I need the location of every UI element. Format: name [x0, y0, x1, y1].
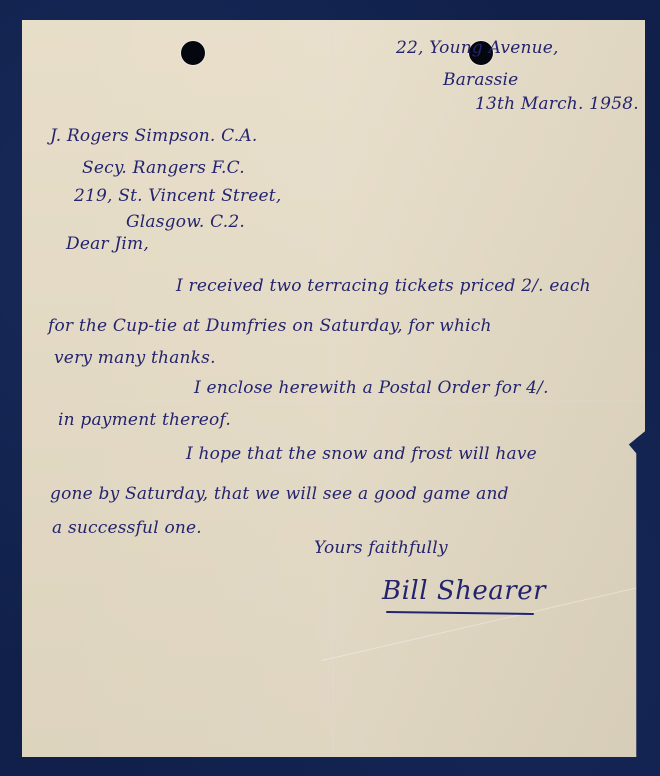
horizontal-fold-line: [22, 400, 645, 402]
closing: Yours faithfully: [314, 540, 448, 557]
punch-hole-icon: [181, 41, 205, 65]
body-line: a successful one.: [52, 520, 202, 537]
recipient-title: Secy. Rangers F.C.: [82, 160, 245, 177]
body-line: I hope that the snow and frost will have: [186, 446, 537, 463]
body-line: gone by Saturday, that we will see a goo…: [50, 486, 509, 503]
body-line: very many thanks.: [54, 350, 216, 367]
recipient-name: J. Rogers Simpson. C.A.: [50, 128, 257, 145]
signature: Bill Shearer: [382, 578, 546, 604]
body-line: I enclose herewith a Postal Order for 4/…: [194, 380, 549, 397]
letter-date: 13th March. 1958.: [475, 96, 639, 113]
recipient-street: 219, St. Vincent Street,: [74, 188, 281, 205]
body-line: for the Cup-tie at Dumfries on Saturday,…: [48, 318, 492, 335]
body-line: in payment thereof.: [58, 412, 231, 429]
sender-street: 22, Young Avenue,: [396, 40, 559, 57]
sender-town: Barassie: [443, 72, 518, 89]
body-line: I received two terracing tickets priced …: [176, 278, 591, 295]
recipient-city: Glasgow. C.2.: [126, 214, 245, 231]
salutation: Dear Jim,: [66, 236, 149, 253]
